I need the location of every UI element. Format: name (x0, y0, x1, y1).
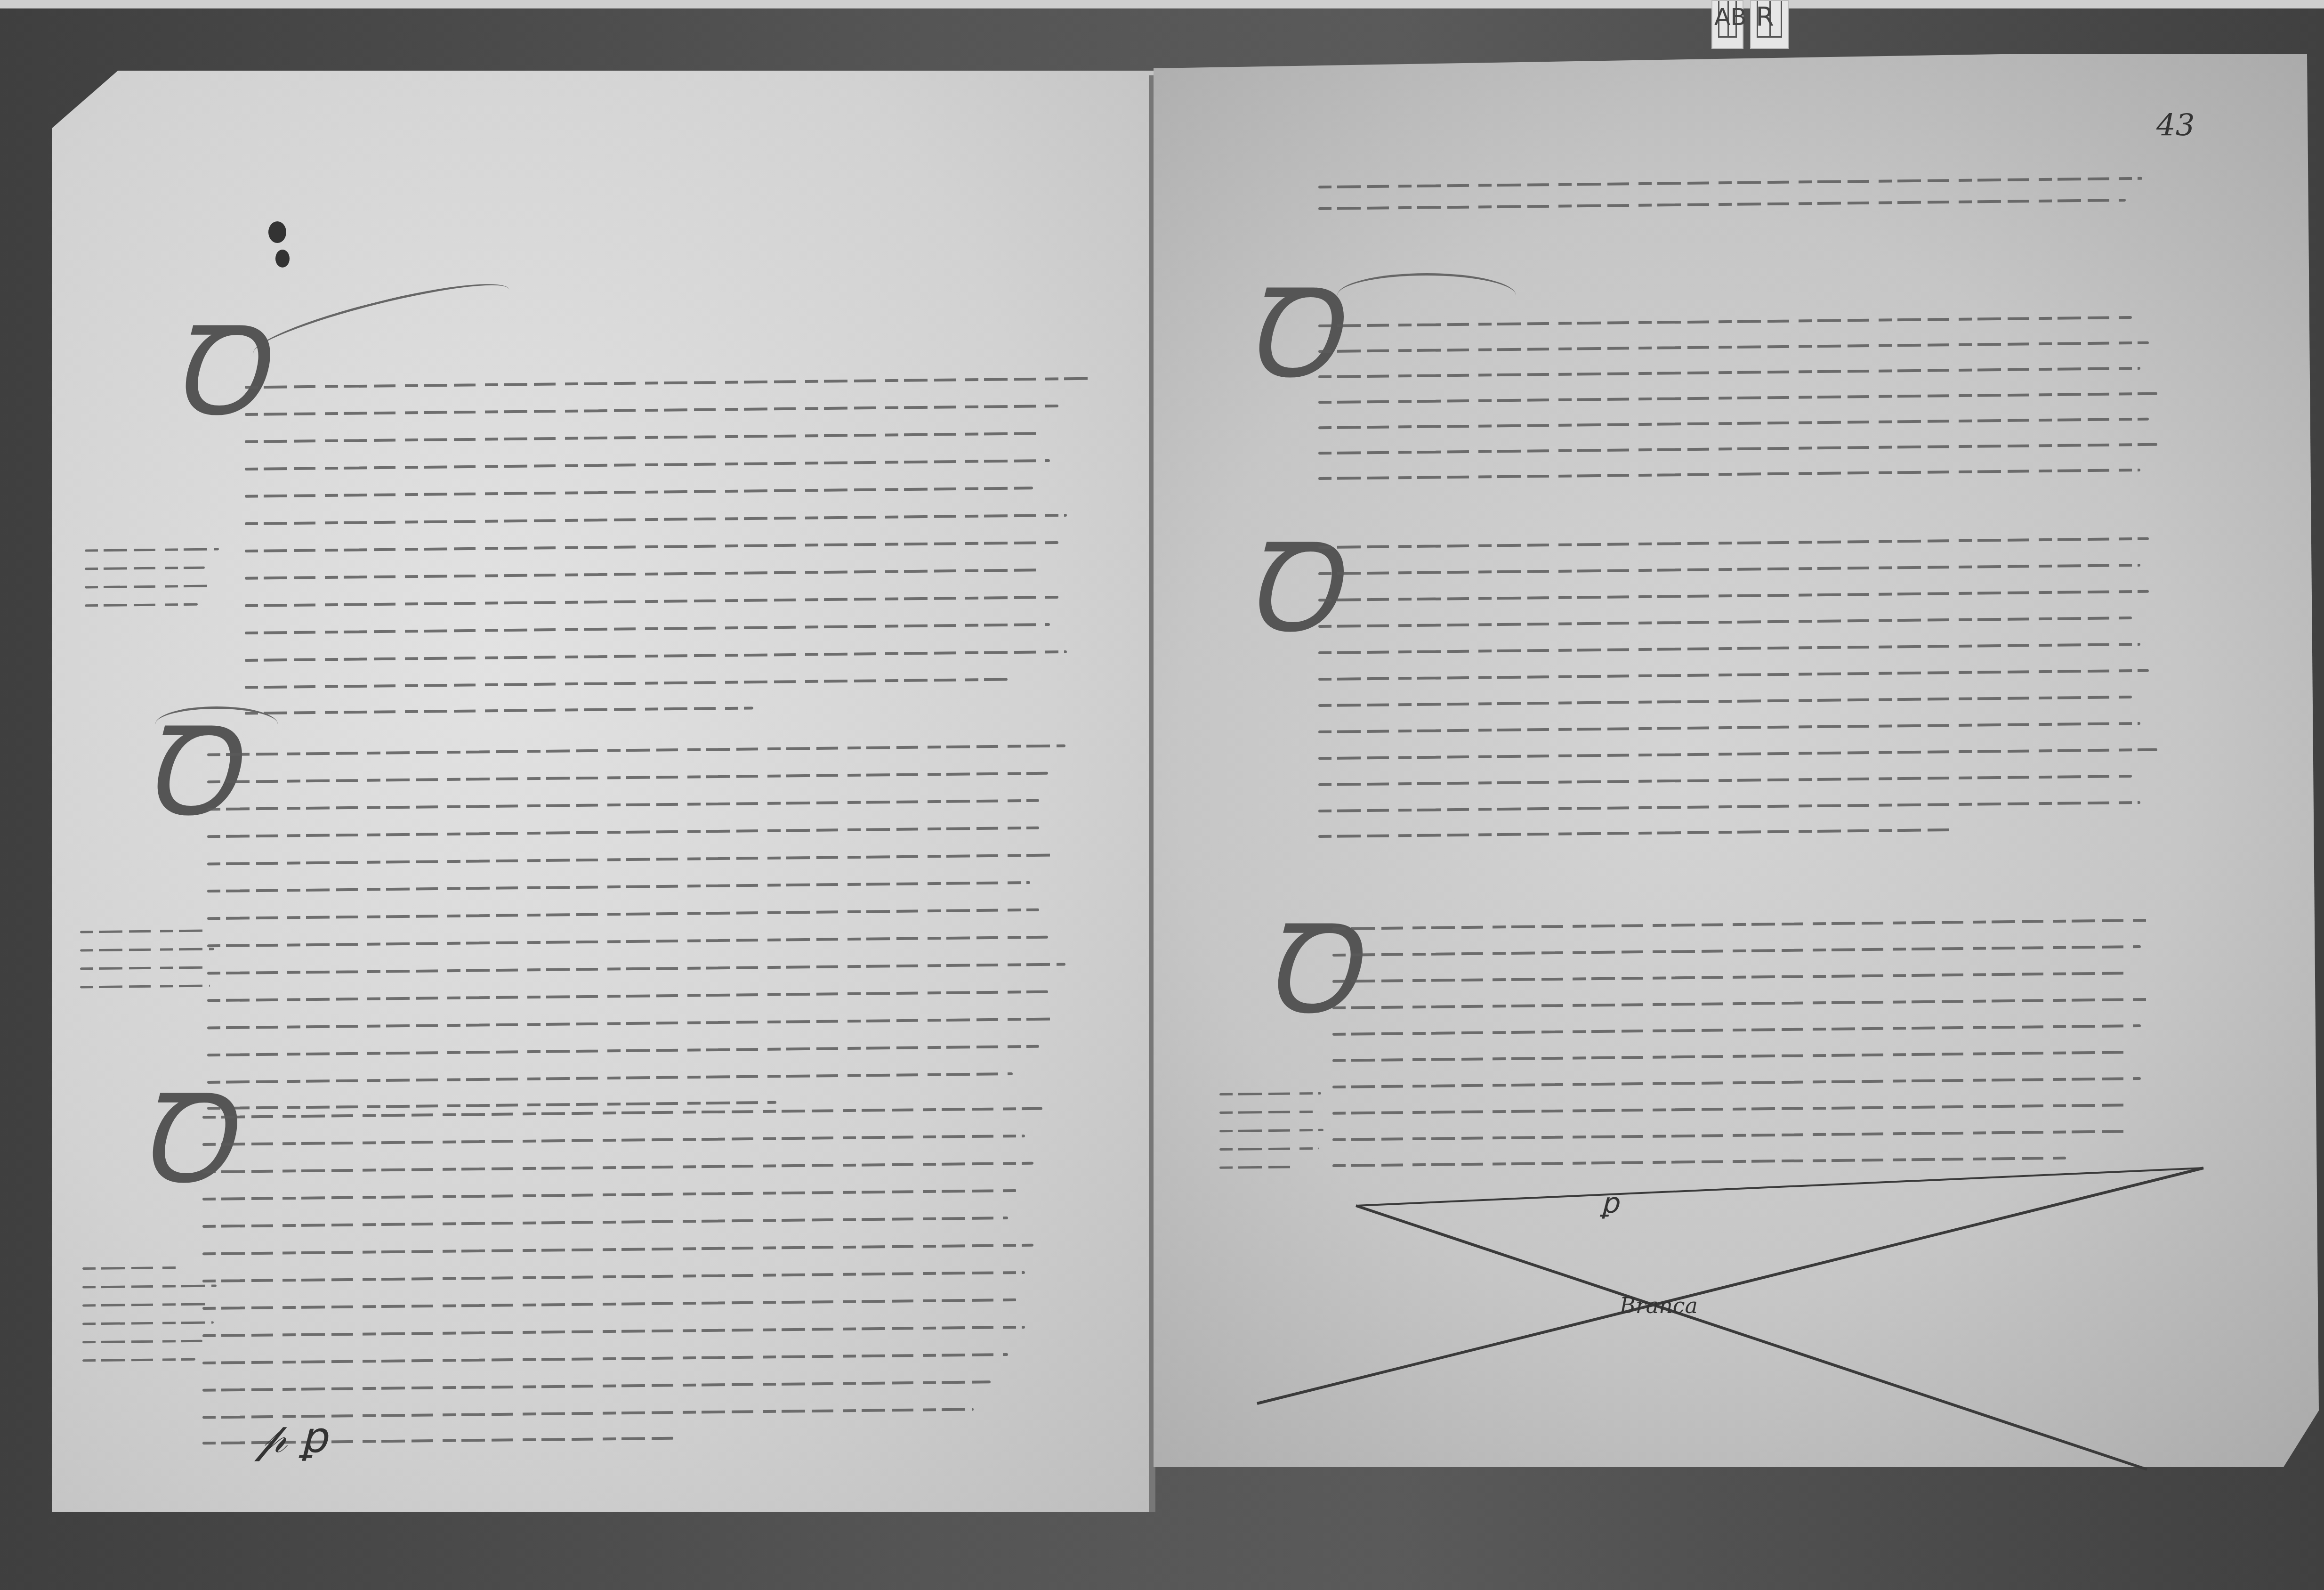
left-margin-note-3: Marginal note, 6 lines (82, 1267, 224, 1377)
target-card-label: R (1756, 2, 1774, 32)
target-card-ab: AB (1711, 0, 1743, 49)
left-margin-note-1: Marginal note, 4 lines (85, 549, 226, 622)
entry-0: Continuation of previous entry, 2 lines (1318, 181, 2142, 225)
ink-blot (268, 221, 286, 243)
ink-blot (275, 250, 290, 268)
target-card-r: R (1750, 0, 1789, 49)
target-card-label: AB (1714, 2, 1747, 32)
previous-frame-strip (0, 0, 2324, 8)
folio-number: 43 (2156, 108, 2195, 143)
initial-flourish (1337, 273, 1516, 318)
right-margin-note-1: Marginal note, 5 lines (1219, 1093, 1332, 1184)
left-margin-note-2: Marginal note, 4 lines (80, 930, 221, 1004)
cancellation-inscription: Branca (1620, 1293, 1698, 1318)
left-signature: 𝓅 ꝑ (257, 1413, 327, 1463)
right-rubric: ꝑ (1601, 1187, 1619, 1220)
